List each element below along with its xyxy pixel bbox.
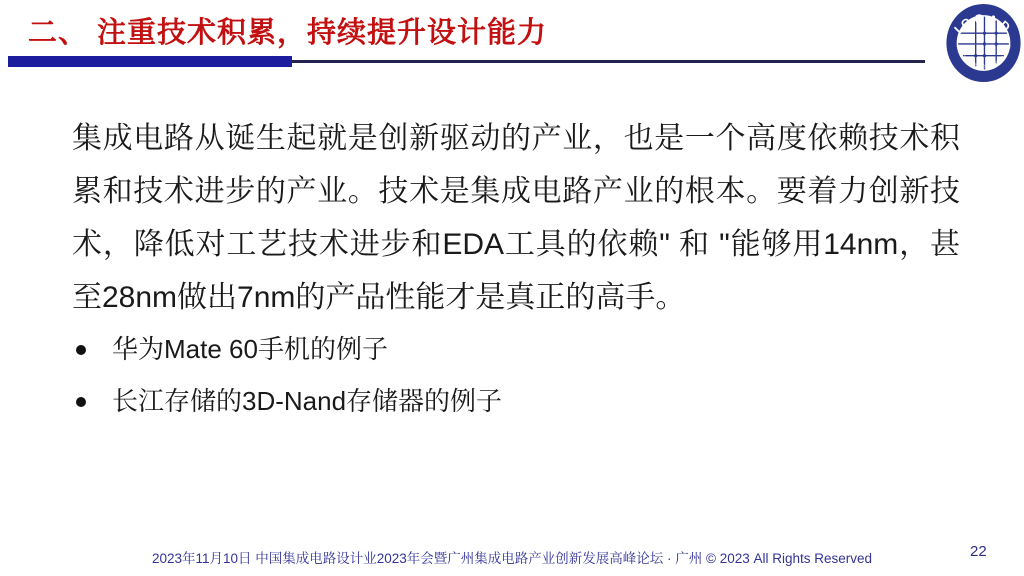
bullet-list: 华为Mate 60手机的例子 长江存储的3D-Nand存储器的例子 (72, 333, 932, 437)
slide-root: 二、 注重技术积累，持续提升设计能力 ICCAD 中国半导体行业协会集成电路 (0, 0, 1024, 576)
bullet-text: 长江存储的3D-Nand存储器的例子 (112, 386, 502, 416)
bullet-text: 华为Mate 60手机的例子 (112, 334, 388, 364)
page-title: 二、 注重技术积累，持续提升设计能力 (28, 10, 547, 51)
footer-text: 2023年11月10日 中国集成电路设计业2023年会暨广州集成电路产业创新发展… (0, 547, 1024, 567)
title-underline-thick (8, 56, 292, 67)
title-underline-thin (292, 60, 925, 63)
page-number: 22 (970, 543, 1010, 560)
bullet-dot-icon (76, 345, 86, 355)
bullet-dot-icon (76, 397, 86, 407)
body-paragraph: 集成电路从诞生起就是创新驱动的产业，也是一个高度依赖技术积累和技术进步的产业。技… (72, 112, 960, 324)
bullet-item: 长江存储的3D-Nand存储器的例子 (72, 385, 932, 418)
bullet-item: 华为Mate 60手机的例子 (72, 333, 932, 366)
iccad-logo-icon: ICCAD 中国半导体行业协会集成电路设计分会 (944, 2, 1023, 84)
